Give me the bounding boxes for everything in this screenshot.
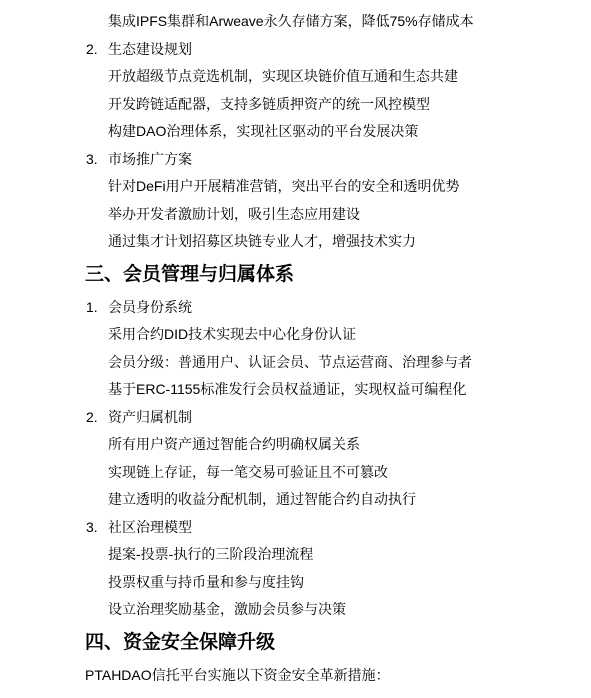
list-item-title: 资产归属机制	[108, 409, 192, 425]
section-heading: 四、资金安全保障升级	[85, 631, 591, 655]
list-body-line: 采用合约DID技术实现去中心化身份认证	[0, 321, 591, 349]
list-body-line: 集成IPFS集群和Arweave永久存储方案，降低75%存储成本	[0, 8, 591, 36]
list-item-title: 市场推广方案	[108, 151, 192, 167]
list-body-line: 开发跨链适配器，支持多链质押资产的统一风控模型	[0, 91, 591, 119]
list-body-line: 建立透明的收益分配机制，通过智能合约自动执行	[0, 486, 591, 514]
list-number: 3.	[86, 146, 98, 174]
list-number: 2.	[86, 404, 98, 432]
section-heading: 三、会员管理与归属体系	[85, 263, 591, 287]
list-item-title: 会员身份系统	[108, 299, 192, 315]
list-body-line: 通过集才计划招募区块链专业人才，增强技术实力	[0, 228, 591, 256]
document-page: 集成IPFS集群和Arweave永久存储方案，降低75%存储成本 2. 生态建设…	[0, 0, 591, 689]
list-body-line: 提案-投票-执行的三阶段治理流程	[0, 541, 591, 569]
list-item: 2. 资产归属机制	[0, 404, 591, 432]
list-item-title: 生态建设规划	[108, 41, 192, 57]
list-item: 3. 社区治理模型	[0, 514, 591, 542]
list-body-line: 开放超级节点竞选机制，实现区块链价值互通和生态共建	[0, 63, 591, 91]
list-body-line: 实现链上存证，每一笔交易可验证且不可篡改	[0, 459, 591, 487]
list-body-line: 基于ERC-1155标准发行会员权益通证，实现权益可编程化	[0, 376, 591, 404]
list-body-line: 针对DeFi用户开展精准营销，突出平台的安全和透明优势	[0, 173, 591, 201]
list-body-line: 会员分级：普通用户、认证会员、节点运营商、治理参与者	[0, 349, 591, 377]
list-number: 1.	[86, 294, 98, 322]
list-item: 1. 会员身份系统	[0, 294, 591, 322]
list-item-title: 社区治理模型	[108, 519, 192, 535]
list-body-line: 设立治理奖励基金，激励会员参与决策	[0, 596, 591, 624]
list-body-line: 举办开发者激励计划，吸引生态应用建设	[0, 201, 591, 229]
list-body-line: 投票权重与持币量和参与度挂钩	[0, 569, 591, 597]
paragraph: PTAHDAO信托平台实施以下资金安全革新措施：	[0, 662, 591, 690]
list-number: 3.	[86, 514, 98, 542]
list-item: 3. 市场推广方案	[0, 146, 591, 174]
list-item: 2. 生态建设规划	[0, 36, 591, 64]
list-body-line: 构建DAO治理体系，实现社区驱动的平台发展决策	[0, 118, 591, 146]
list-number: 2.	[86, 36, 98, 64]
list-body-line: 所有用户资产通过智能合约明确权属关系	[0, 431, 591, 459]
